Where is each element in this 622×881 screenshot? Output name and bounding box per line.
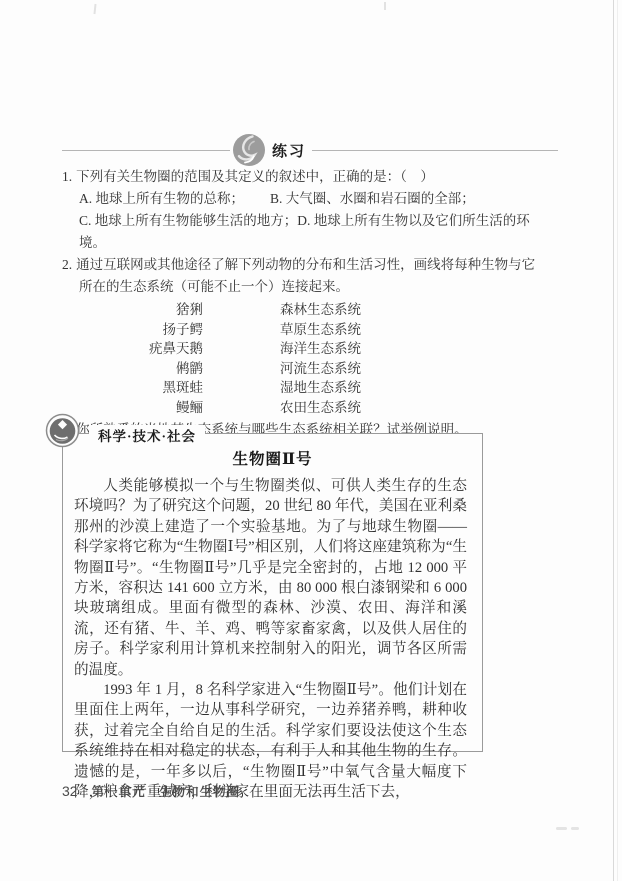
question-text: 下列有关生物圈的范围及其定义的叙述中，正确的是：（ ） [76,169,434,184]
option-b: B. 大气圈、水圈和岩石圈的全部； [270,191,475,206]
match-row: 猞猁森林生态系统 [62,300,544,320]
animal-name: 鳗鲡 [62,398,203,418]
matching-exercise: 猞猁森林生态系统 扬子鳄草原生态系统 疣鼻天鹅海洋生态系统 鸺鹠河流生态系统 黑… [62,300,544,417]
question-1: 1.下列有关生物圈的范围及其定义的叙述中，正确的是：（ ） A. 地球上所有生物… [62,166,544,254]
sts-globe-icon [44,412,81,449]
textbook-page: 练习 1.下列有关生物圈的范围及其定义的叙述中，正确的是：（ ） A. 地球上所… [0,0,622,881]
practice-swirl-icon [232,133,266,167]
ecosystem-name: 草原生态系统 [280,320,361,340]
animal-name: 疣鼻天鹅 [62,339,203,359]
header-rule-left [62,150,230,151]
practice-header-label: 练习 [272,140,306,161]
options-row-ab: A. 地球上所有生物的总称；B. 大气圈、水圈和岩石圈的全部； [62,188,544,210]
ecosystem-name: 森林生态系统 [280,300,361,320]
scan-tick-mark [93,4,96,14]
animal-name: 鸺鹠 [62,359,203,379]
animal-name: 猞猁 [62,300,203,320]
option-c: C. 地球上所有生物能够生活的地方； [79,213,297,228]
sts-article-title: 生物圈Ⅱ号 [63,447,482,469]
scan-smudge [556,827,567,830]
scan-smudge [571,827,579,830]
question-2-text: 2.通过互联网或其他途径了解下列动物的分布和生活习性，画线将每种生物与它所在的生… [62,254,544,298]
match-row: 黑斑蛙湿地生态系统 [62,378,544,398]
sts-paragraph: 人类能够模拟一个与生物圈类似、可供人类生存的生态环境吗？为了研究这个问题，20 … [74,476,467,680]
page-edge-line-faint [617,0,618,881]
animal-name: 黑斑蛙 [62,378,203,398]
match-row: 鳗鲡农田生态系统 [62,398,544,418]
page-edge-line [613,0,614,881]
scan-tick-mark [384,2,386,10]
page-number: 32 [62,783,78,799]
option-a: A. 地球上所有生物的总称； [79,191,244,206]
question-number: 2. [62,257,72,272]
question-1-text: 1.下列有关生物圈的范围及其定义的叙述中，正确的是：（ ） [62,166,544,188]
header-rule-right [312,150,558,151]
question-text: 通过互联网或其他途径了解下列动物的分布和生活习性，画线将每种生物与它所在的生态系… [76,257,535,294]
ecosystem-name: 农田生态系统 [280,398,361,418]
page-footer: 32第一单元 生物和生物圈 [62,782,240,801]
match-row: 扬子鳄草原生态系统 [62,320,544,340]
sts-header-label: 科学·技术·社会 [89,425,205,445]
match-row: 疣鼻天鹅海洋生态系统 [62,339,544,359]
ecosystem-name: 河流生态系统 [280,359,361,379]
exercise-questions: 1.下列有关生物圈的范围及其定义的叙述中，正确的是：（ ） A. 地球上所有生物… [62,166,544,441]
question-number: 1. [62,169,72,184]
ecosystem-name: 海洋生态系统 [280,339,361,359]
animal-name: 扬子鳄 [62,320,203,340]
options-row-cd: C. 地球上所有生物能够生活的地方；D. 地球上所有生物以及它们所生活的环境。 [62,210,544,254]
unit-title: 第一单元 生物和生物圈 [92,785,241,799]
sts-article-body: 人类能够模拟一个与生物圈类似、可供人类生存的生态环境吗？为了研究这个问题，20 … [63,469,482,803]
practice-section-header: 练习 [62,133,558,167]
ecosystem-name: 湿地生态系统 [280,378,361,398]
science-tech-society-box: 科学·技术·社会 生物圈Ⅱ号 人类能够模拟一个与生物圈类似、可供人类生存的生态环… [62,433,483,752]
match-row: 鸺鹠河流生态系统 [62,359,544,379]
question-2: 2.通过互联网或其他途径了解下列动物的分布和生活习性，画线将每种生物与它所在的生… [62,254,544,417]
